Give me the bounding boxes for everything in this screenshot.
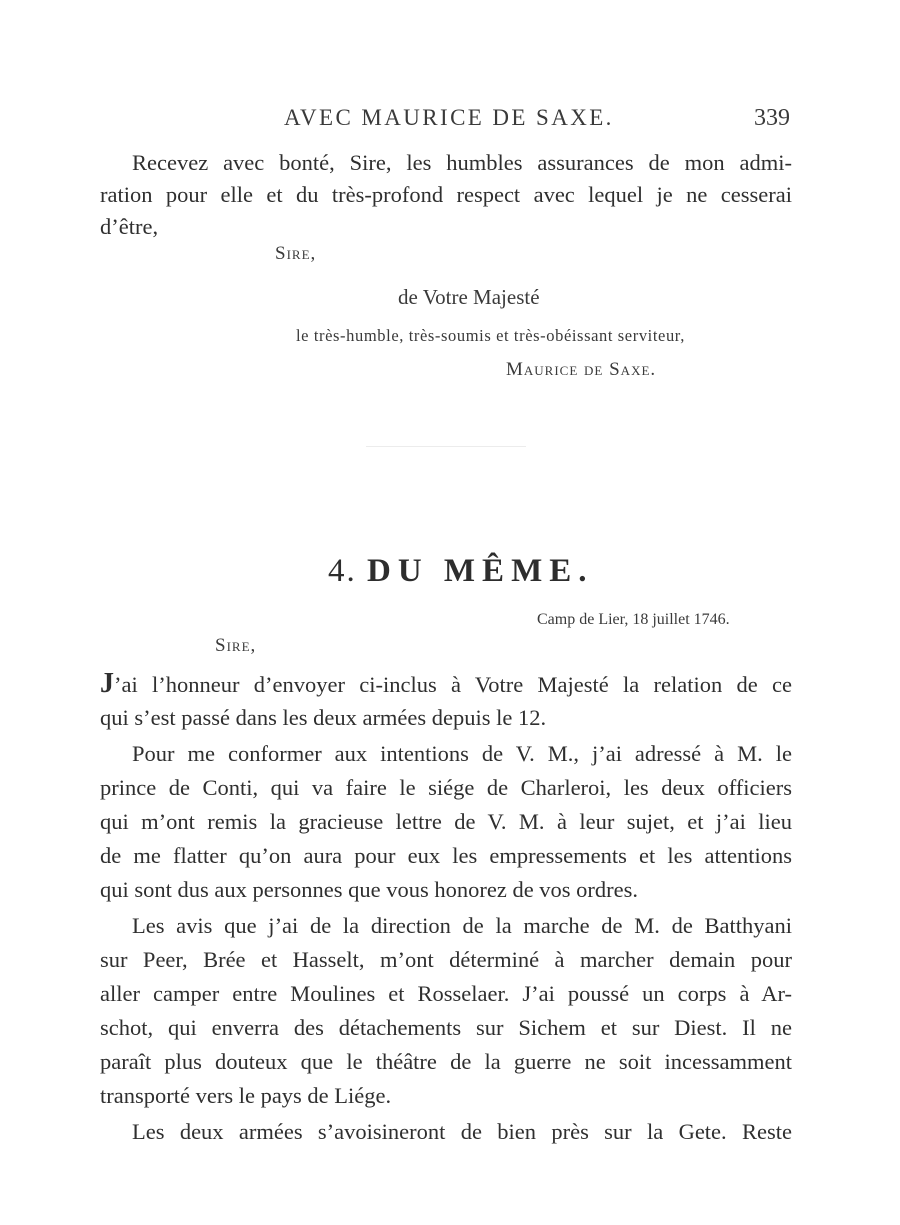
section-divider (366, 446, 526, 447)
text-line: de me flatter qu’on aura pour eux les em… (100, 840, 792, 871)
text-line: Les avis que j’ai de la direction de la … (100, 910, 792, 941)
valediction: de Votre Majesté (398, 285, 540, 310)
text-line: ration pour elle et du très-profond resp… (100, 179, 792, 210)
text-line: sur Peer, Brée et Hasselt, m’ont détermi… (100, 944, 792, 975)
section-number: 4. (328, 553, 357, 589)
salutation: Sire, (215, 635, 256, 657)
running-head: AVEC MAURICE DE SAXE. (284, 105, 614, 131)
text-line: qui m’ont remis la gracieuse lettre de V… (100, 806, 792, 837)
place-date: Camp de Lier, 18 juillet 1746. (537, 611, 730, 629)
text-line: qui sont dus aux personnes que vous hono… (100, 874, 792, 905)
salutation: Sire, (275, 243, 316, 265)
text-line: aller camper entre Moulines et Rosselaer… (100, 978, 792, 1009)
signature: Maurice de Saxe. (506, 359, 656, 381)
text-line: transporté vers le pays de Liége. (100, 1080, 792, 1111)
text-line: schot, qui enverra des détachements sur … (100, 1012, 792, 1043)
section-heading: 4. DU MÊME. (328, 553, 593, 590)
text-line: Les deux armées s’avoisineront de bien p… (100, 1116, 792, 1147)
dropcap: J (100, 668, 114, 699)
text-line: prince de Conti, qui va faire le siége d… (100, 772, 792, 803)
text-line: Pour me conformer aux intentions de V. M… (100, 738, 792, 769)
text-line: qui s’est passé dans les deux armées dep… (100, 702, 792, 733)
text-line: d’être, (100, 211, 792, 242)
text-line: Recevez avec bonté, Sire, les humbles as… (100, 147, 792, 178)
text-line: paraît plus douteux que le théâtre de la… (100, 1046, 792, 1077)
page-number: 339 (754, 105, 790, 132)
text-line: J’ai l’honneur d’envoyer ci-inclus à Vot… (100, 668, 792, 700)
valediction-servant: le très-humble, très-soumis et très-obéi… (296, 326, 685, 346)
section-title: DU MÊME. (367, 553, 593, 589)
